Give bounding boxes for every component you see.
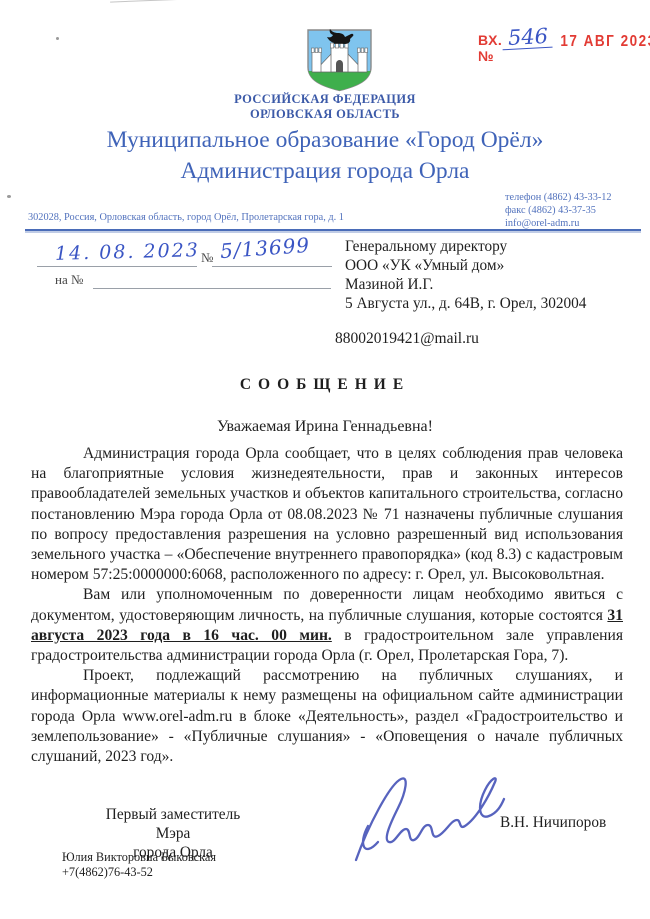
reply-underline: [93, 288, 331, 289]
recipient-block: Генеральному директору ООО «УК «Умный до…: [345, 237, 586, 313]
header-org-line1: Муниципальное образование «Город Орёл»: [0, 127, 650, 154]
orel-coat-of-arms-icon: [301, 26, 378, 93]
scanned-letter-page: ВХ.№ 546 17 АВГ 2023: [0, 0, 650, 919]
stamp-label: ВХ.№: [478, 26, 502, 64]
outgoing-number-handwritten: 5/13699: [219, 233, 311, 263]
scan-artifact-speck: [56, 37, 59, 40]
scan-artifact-line: [110, 0, 400, 3]
header-org-line2: Администрация города Орла: [0, 158, 650, 185]
scan-artifact-speck: [7, 195, 11, 198]
stamp-handwritten-number: 546: [502, 25, 553, 51]
number-sign-label: №: [201, 250, 213, 266]
recipient-address: 5 Августа ул., д. 64В, г. Орел, 302004: [345, 294, 586, 313]
header-region: ОРЛОВСКАЯ ОБЛАСТЬ: [0, 107, 650, 122]
header-fax: факс (4862) 43-37-35: [505, 204, 641, 217]
executor-block: Юлия Викторовна Быковская +7(4862)76-43-…: [62, 850, 216, 880]
executor-name: Юлия Викторовна Быковская: [62, 850, 216, 865]
recipient-company: ООО «УК «Умный дом»: [345, 256, 586, 275]
number-underline: [212, 266, 332, 267]
letter-heading: СООБЩЕНИЕ: [0, 376, 650, 394]
incoming-stamp: ВХ.№ 546 17 АВГ 2023: [478, 26, 650, 64]
recipient-title: Генеральному директору: [345, 237, 586, 256]
handwritten-signature: [348, 768, 508, 868]
recipient-email: 88002019421@mail.ru: [335, 330, 479, 348]
reply-to-label: на №: [55, 272, 83, 288]
header-country: РОССИЙСКАЯ ФЕДЕРАЦИЯ: [0, 92, 650, 107]
header-divider: [25, 229, 641, 231]
paragraph-3: Проект, подлежащий рассмотрению на публи…: [31, 666, 623, 767]
paragraph-1: Администрация города Орла сообщает, что …: [31, 444, 623, 585]
recipient-person: Мазиной И.Г.: [345, 275, 586, 294]
stamp-date: 17 АВГ 2023: [560, 24, 650, 49]
signer-position-line1: Первый заместитель Мэра: [88, 805, 258, 843]
paragraph-2: Вам или уполномоченным по доверенности л…: [31, 585, 623, 666]
date-underline: [37, 266, 197, 267]
header-phone: телефон (4862) 43-33-12: [505, 191, 641, 204]
salutation: Уважаемая Ирина Геннадьевна!: [0, 418, 650, 436]
letter-body: Администрация города Орла сообщает, что …: [31, 444, 623, 767]
signer-name: В.Н. Ничипоров: [500, 814, 606, 832]
paragraph-2-start: Вам или уполномоченным по доверенности л…: [31, 586, 623, 623]
header-contact-block: телефон (4862) 43-33-12 факс (4862) 43-3…: [505, 191, 641, 230]
outgoing-date-handwritten: 14. 08. 2023: [55, 239, 200, 265]
header-address: 302028, Россия, Орловская область, город…: [28, 212, 344, 223]
executor-phone: +7(4862)76-43-52: [62, 865, 216, 880]
